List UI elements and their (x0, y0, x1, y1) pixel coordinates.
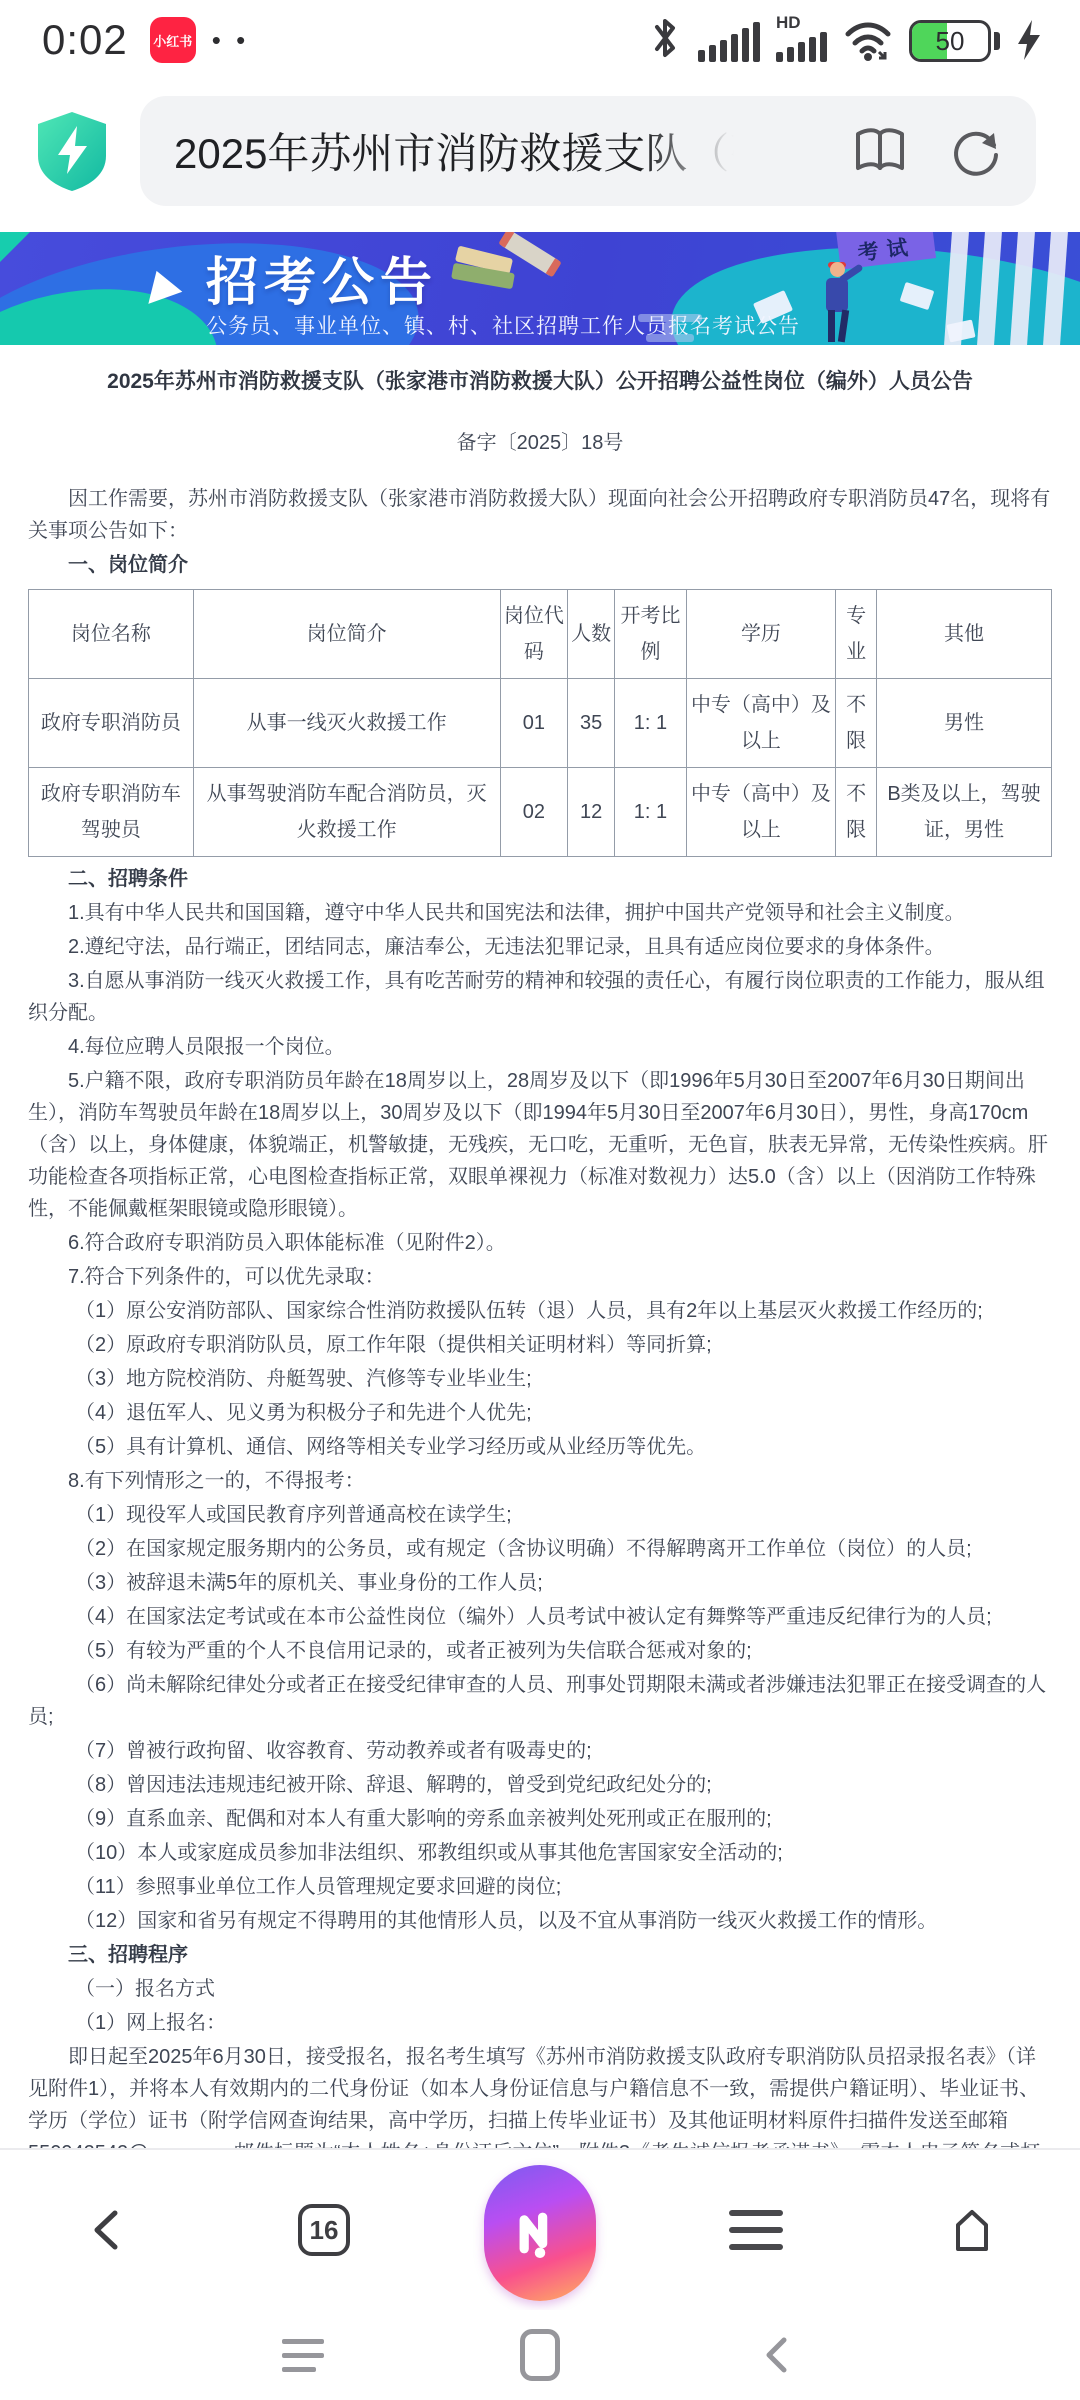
table-cell: 从事驾驶消防车配合消防员，灭火救援工作 (193, 768, 500, 857)
battery-percent: 50 (912, 26, 988, 57)
wifi-icon (843, 18, 893, 62)
bluetooth-icon (648, 14, 682, 62)
banner-subtitle: 公务员、事业单位、镇、村、社区招聘工作人员报名考试公告 (206, 310, 800, 340)
tab-count: 16 (298, 2204, 350, 2256)
page-title: 2025年苏州市消防救援支队（张家港市消防救援大队）公开招聘公益性岗位（编外）人… (28, 367, 1052, 397)
table-cell: 政府专职消防员 (29, 679, 194, 768)
doc-paragraph: （一）报名方式 (28, 1973, 1052, 2005)
doc-paragraph: （4）在国家法定考试或在本市公益性岗位（编外）人员考试中被认定有舞弊等严重违反纪… (28, 1601, 1052, 1633)
doc-paragraph: 7.符合下列条件的，可以优先录取： (28, 1261, 1052, 1293)
recruitment-banner[interactable]: 考试 招考公告 公务员、事业单位、镇、村、社区招聘工作人员报名考试公告 (0, 232, 1080, 345)
table-cell: 政府专职消防车驾驶员 (29, 768, 194, 857)
table-cell: 01 (500, 679, 568, 768)
status-icons: HD 50 (648, 18, 1042, 62)
table-cell: 男性 (877, 679, 1052, 768)
browser-address-row: 2025年苏州市消防救援支队（张家 (0, 70, 1080, 232)
address-bar[interactable]: 2025年苏州市消防救援支队（张家 (140, 96, 1036, 206)
reader-mode-icon[interactable] (852, 126, 908, 176)
doc-paragraph: 8.有下列情形之一的，不得报考： (28, 1465, 1052, 1497)
doc-paragraph: （12）国家和省另有规定不得聘用的其他情形人员，以及不宜从事消防一线灭火救援工作… (28, 1905, 1052, 1937)
banner-corner-shape (0, 232, 30, 262)
doc-paragraph: （1）网上报名： (28, 2007, 1052, 2039)
browser-logo-icon (484, 2165, 596, 2301)
table-cell: 1: 1 (615, 768, 687, 857)
doc-paragraph: （8）曾因违法违规违纪被开除、辞退、解聘的，曾受到党纪政纪处分的; (28, 1769, 1052, 1801)
notification-dots: • • (212, 25, 249, 56)
refresh-icon[interactable] (950, 125, 1002, 177)
doc-paragraph: （4）退伍军人、见义勇为积极分子和先进个人优先; (28, 1397, 1052, 1429)
hd-label: HD (776, 16, 801, 30)
doc-paragraph: （9）直系血亲、配偶和对本人有重大影响的旁系血亲被判处死刑或正在服刑的; (28, 1803, 1052, 1835)
doc-paragraph: （5）有较为严重的个人不良信用记录的，或者正被列为失信联合惩戒对象的; (28, 1635, 1052, 1667)
table-header-row: 岗位名称 岗位简介 岗位代码 人数 开考比例 学历 专业 其他 (29, 590, 1052, 679)
doc-paragraph: （1）现役军人或国民教育序列普通高校在读学生; (28, 1499, 1052, 1531)
doc-paragraph: 因工作需要，苏州市消防救援支队（张家港市消防救援大队）现面向社会公开招聘政府专职… (28, 483, 1052, 547)
system-recents-button[interactable] (520, 2329, 560, 2381)
table-header: 岗位简介 (193, 590, 500, 679)
announcement-document: 2025年苏州市消防救援支队（张家港市消防救援大队）公开招聘公益性岗位（编外）人… (0, 345, 1080, 2148)
battery-icon: 50 (909, 20, 1000, 62)
tabs-button[interactable]: 16 (216, 2150, 432, 2310)
document-number: 备字〔2025〕18号 (28, 427, 1052, 459)
system-menu-button[interactable] (282, 2339, 324, 2372)
table-cell: 中专（高中）及以上 (686, 768, 835, 857)
table-cell: 从事一线灭火救援工作 (193, 679, 500, 768)
doc-paragraph: （2）原政府专职消防队员，原工作年限（提供相关证明材料）等同折算; (28, 1329, 1052, 1361)
doc-paragraph: （1）原公安消防部队、国家综合性消防救援队伍转（退）人员，具有2年以上基层灭火救… (28, 1295, 1052, 1327)
home-icon (947, 2205, 997, 2255)
doc-paragraph: 4.每位应聘人员限报一个岗位。 (28, 1031, 1052, 1063)
table-cell: 不限 (836, 679, 877, 768)
doc-paragraph: 6.符合政府专职消防员入职体能标准（见附件2）。 (28, 1227, 1052, 1259)
back-button[interactable] (0, 2150, 216, 2310)
menu-icon (729, 2210, 783, 2250)
menu-button[interactable] (648, 2150, 864, 2310)
doc-paragraph: 3.自愿从事消防一线灭火救援工作，具有吃苦耐劳的精神和较强的责任心，有履行岗位职… (28, 965, 1052, 1029)
doc-paragraph: （11）参照事业单位工作人员管理规定要求回避的岗位; (28, 1871, 1052, 1903)
doc-paragraph: （5）具有计算机、通信、网络等相关专业学习经历或从业经历等优先。 (28, 1431, 1052, 1463)
signal-icon (698, 22, 760, 62)
signal2-hd-icon: HD (776, 16, 827, 62)
job-positions-table: 岗位名称 岗位简介 岗位代码 人数 开考比例 学历 专业 其他 政府专职消防员 … (28, 589, 1052, 857)
doc-paragraph: 2.遵纪守法，品行端正，团结同志，廉洁奉公，无违法犯罪记录，且具有适应岗位要求的… (28, 931, 1052, 963)
table-header: 学历 (686, 590, 835, 679)
table-header: 岗位代码 (500, 590, 568, 679)
xiaohongshu-notification-icon: 小红书 (150, 17, 196, 63)
table-cell: 12 (568, 768, 615, 857)
table-cell: 中专（高中）及以上 (686, 679, 835, 768)
doc-paragraph: （10）本人或家庭成员参加非法组织、邪教组织或从事其他危害国家安全活动的; (28, 1837, 1052, 1869)
doc-paragraph: （3）被辞退未满5年的原机关、事业身份的工作人员; (28, 1567, 1052, 1599)
doc-paragraph: （3）地方院校消防、舟艇驾驶、汽修等专业毕业生; (28, 1363, 1052, 1395)
section-title: 一、岗位简介 (28, 549, 1052, 581)
table-cell: B类及以上，驾驶证，男性 (877, 768, 1052, 857)
table-cell: 不限 (836, 768, 877, 857)
system-navigation-bar (0, 2310, 1080, 2400)
system-back-button[interactable] (756, 2332, 798, 2378)
back-chevron-icon (85, 2207, 131, 2253)
browser-toolbar: 16 (0, 2148, 1080, 2310)
banner-person-illustration (808, 260, 868, 345)
doc-paragraph: （7）曾被行政拘留、收容教育、劳动教养或者有吸毒史的; (28, 1735, 1052, 1767)
doc-paragraph: 5.户籍不限，政府专职消防员年龄在18周岁以上，28周岁及以下（即1996年5月… (28, 1065, 1052, 1225)
table-header: 人数 (568, 590, 615, 679)
table-header: 其他 (877, 590, 1052, 679)
table-row: 政府专职消防员 从事一线灭火救援工作 01 35 1: 1 中专（高中）及以上 … (29, 679, 1052, 768)
table-header: 专业 (836, 590, 877, 679)
doc-paragraph: （2）在国家规定服务期内的公务员，或有规定（含协议明确）不得解聘离开工作单位（岗… (28, 1533, 1052, 1565)
table-cell: 02 (500, 768, 568, 857)
table-row: 政府专职消防车驾驶员 从事驾驶消防车配合消防员，灭火救援工作 02 12 1: … (29, 768, 1052, 857)
table-cell: 35 (568, 679, 615, 768)
doc-paragraph: （6）尚未解除纪律处分或者正在接受纪律审查的人员、刑事处罚期限未满或者涉嫌违法犯… (28, 1669, 1052, 1733)
section-title: 三、招聘程序 (28, 1939, 1052, 1971)
doc-paragraph: 即日起至2025年6月30日，接受报名，报名考生填写《苏州市消防救援支队政府专职… (28, 2041, 1052, 2148)
doc-paragraph: 1.具有中华人民共和国国籍，遵守中华人民共和国宪法和法律，拥护中国共产党领导和社… (28, 897, 1052, 929)
browser-home-logo-button[interactable] (432, 2150, 648, 2310)
security-shield-icon[interactable] (30, 108, 114, 194)
table-header: 开考比例 (615, 590, 687, 679)
section-title: 二、招聘条件 (28, 863, 1052, 895)
table-header: 岗位名称 (29, 590, 194, 679)
status-bar: 0:02 小红书 • • HD 50 (0, 0, 1080, 70)
banner-title: 招考公告 (206, 240, 438, 315)
charging-bolt-icon (1016, 18, 1042, 62)
clock: 0:02 (42, 16, 128, 64)
home-button[interactable] (864, 2150, 1080, 2310)
table-cell: 1: 1 (615, 679, 687, 768)
